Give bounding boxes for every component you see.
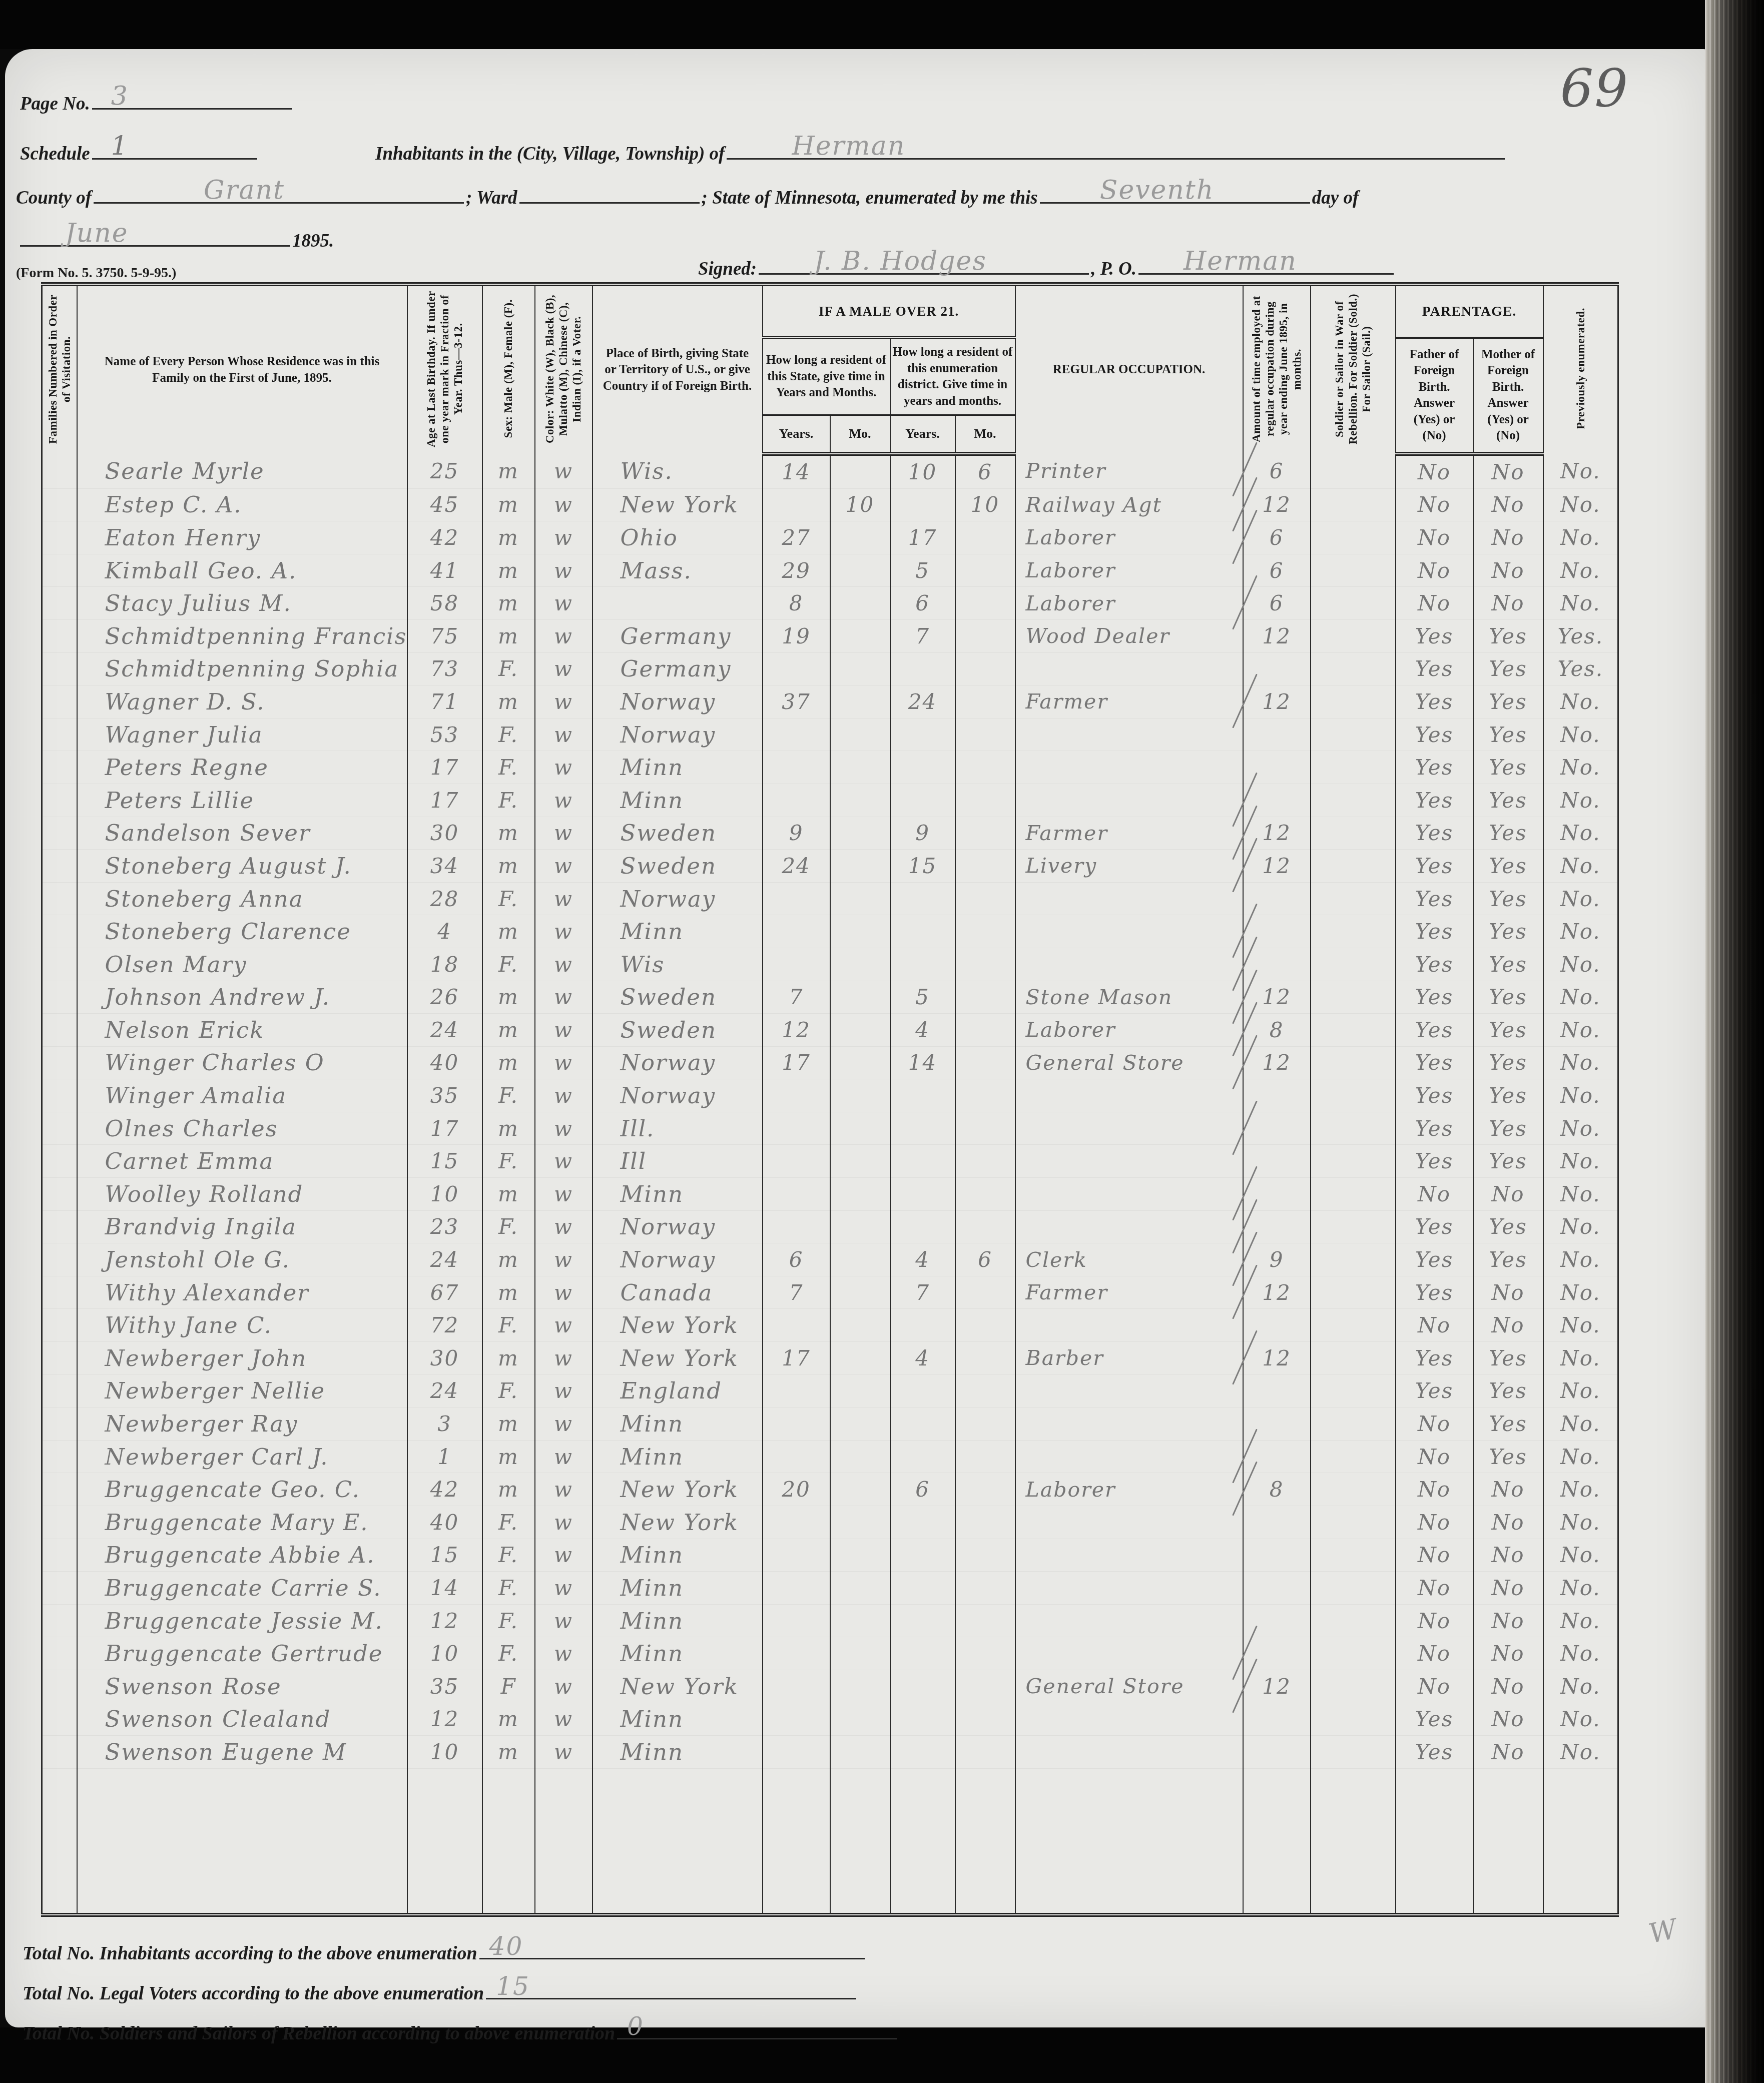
cell-previously: No.: [1543, 1079, 1618, 1112]
cell-previously: No.: [1543, 1014, 1618, 1047]
cell-state-mo: [830, 1736, 890, 1769]
col-father: Father of Foreign Birth. Answer (Yes) or…: [1396, 338, 1473, 454]
cell-name: Schmidtpenning Sophia: [77, 652, 407, 685]
cell-birthplace: Norway: [593, 882, 763, 915]
cell-father-foreign: Yes: [1396, 1210, 1473, 1243]
cell-district-years: [890, 1703, 955, 1736]
cell-months-employed: 6: [1243, 587, 1311, 620]
cell-state-mo: [830, 1604, 890, 1637]
cell-color: w: [535, 751, 593, 784]
cell-occupation: [1015, 915, 1243, 948]
cell-father-foreign-empty: [1396, 1768, 1473, 1915]
cell-mother-foreign: No: [1473, 1670, 1543, 1703]
cell-previously: Yes.: [1543, 652, 1618, 685]
cell-sex: F.: [482, 652, 535, 685]
cell-state-mo: [830, 1473, 890, 1506]
cell-state-mo: [830, 1014, 890, 1047]
cell-district-mo: [955, 1046, 1015, 1079]
cell-district-mo: [955, 652, 1015, 685]
cell-occupation: Farmer: [1015, 685, 1243, 719]
cell-age: 10: [407, 1637, 482, 1670]
cell-district-mo: 6: [955, 454, 1015, 488]
cell-name: Bruggencate Gertrude: [77, 1637, 407, 1670]
cell-occupation: Laborer: [1015, 554, 1243, 587]
cell-occupation: Livery: [1015, 850, 1243, 883]
cell-state-mo: [830, 948, 890, 981]
cell-state-years: [763, 1572, 830, 1605]
col-district-years: Years.: [890, 415, 955, 454]
cell-state-years: [763, 488, 830, 521]
cell-soldier: [1311, 1079, 1396, 1112]
cell-age: 75: [407, 619, 482, 652]
cell-color: w: [535, 882, 593, 915]
table-row: Winger Charles O40mwNorway1714General St…: [42, 1046, 1618, 1079]
cell-occupation: [1015, 1210, 1243, 1243]
cell-father-foreign: Yes: [1396, 718, 1473, 751]
cell-soldier: [1311, 1440, 1396, 1473]
cell-occupation: [1015, 1178, 1243, 1211]
cell-mother-foreign: Yes: [1473, 652, 1543, 685]
cell-color: w: [535, 1374, 593, 1408]
cell-mother-foreign: Yes: [1473, 882, 1543, 915]
cell-district-years: [890, 882, 955, 915]
cell-occupation: [1015, 1079, 1243, 1112]
cell-age: 17: [407, 751, 482, 784]
cell-father-foreign: Yes: [1396, 751, 1473, 784]
table-row: Stoneberg Clarence4mwMinnYesYesNo.: [42, 915, 1618, 948]
cell-name: Peters Lillie: [77, 784, 407, 817]
cell-mother-foreign: No: [1473, 587, 1543, 620]
cell-state-mo: [830, 882, 890, 915]
cell-sex: m: [482, 619, 535, 652]
cell-mother-foreign: No: [1473, 488, 1543, 521]
table-row: Wagner Julia53F.wNorwayYesYesNo.: [42, 718, 1618, 751]
cell-color: w: [535, 1342, 593, 1375]
cell-color: w: [535, 1243, 593, 1276]
ward-field: [519, 182, 700, 204]
cell-months-employed: 12: [1243, 850, 1311, 883]
table-row: Carnet Emma15F.wIllYesYesNo.: [42, 1145, 1618, 1178]
schedule-label: Schedule: [20, 144, 90, 164]
cell-name: Swenson Clealand: [77, 1703, 407, 1736]
cell-father-foreign: Yes: [1396, 948, 1473, 981]
cell-previously: No.: [1543, 1374, 1618, 1408]
cell-name: Olsen Mary: [77, 948, 407, 981]
total-inhabitants-line: Total No. Inhabitants according to the a…: [23, 1938, 865, 1964]
cell-occupation: Laborer: [1015, 1473, 1243, 1506]
cell-previously: No.: [1543, 1539, 1618, 1572]
cell-father-foreign: Yes: [1396, 784, 1473, 817]
cell-soldier: [1311, 1342, 1396, 1375]
cell-father-foreign: No: [1396, 1670, 1473, 1703]
cell-age: 42: [407, 1473, 482, 1506]
cell-families: [42, 1572, 77, 1605]
cell-district-years: [890, 1210, 955, 1243]
cell-birthplace: Mass.: [593, 554, 763, 587]
inhabitants-label: Inhabitants in the (City, Village, Towns…: [375, 144, 725, 164]
cell-color: w: [535, 1670, 593, 1703]
cell-families: [42, 981, 77, 1014]
cell-birthplace: Minn: [593, 1539, 763, 1572]
cell-previously: No.: [1543, 1112, 1618, 1145]
cell-state-years: [763, 915, 830, 948]
cell-mother-foreign: No: [1473, 1309, 1543, 1342]
cell-birthplace: Minn: [593, 1440, 763, 1473]
cell-district-mo: [955, 1539, 1015, 1572]
col-soldier: Soldier or Sailor in War of Rebellion. F…: [1311, 284, 1396, 454]
cell-district-mo: [955, 1572, 1015, 1605]
cell-state-mo: [830, 1703, 890, 1736]
cell-father-foreign: Yes: [1396, 1276, 1473, 1309]
cell-birthplace: Ohio: [593, 521, 763, 554]
cell-father-foreign: Yes: [1396, 1014, 1473, 1047]
cell-birthplace: Germany: [593, 652, 763, 685]
cell-previously: No.: [1543, 587, 1618, 620]
cell-birthplace: [593, 587, 763, 620]
cell-months-employed: [1243, 1539, 1311, 1572]
cell-birthplace: Sweden: [593, 1014, 763, 1047]
cell-soldier: [1311, 587, 1396, 620]
col-age: Age at Last Birthday. If under one year …: [407, 284, 482, 454]
cell-soldier: [1311, 915, 1396, 948]
cell-families: [42, 1637, 77, 1670]
cell-months-employed: [1243, 1703, 1311, 1736]
cell-color: w: [535, 718, 593, 751]
cell-birthplace: Sweden: [593, 850, 763, 883]
cell-occupation: Farmer: [1015, 1276, 1243, 1309]
cell-occupation: Stone Mason: [1015, 981, 1243, 1014]
cell-birthplace: New York: [593, 1473, 763, 1506]
cell-mother-foreign: Yes: [1473, 1112, 1543, 1145]
cell-birthplace: Minn: [593, 751, 763, 784]
cell-birthplace: New York: [593, 1506, 763, 1539]
cell-district-mo: [955, 1473, 1015, 1506]
cell-previously: No.: [1543, 454, 1618, 488]
col-employed: Amount of time employed at regular occup…: [1243, 284, 1311, 454]
cell-birthplace: New York: [593, 1309, 763, 1342]
cell-father-foreign: Yes: [1396, 850, 1473, 883]
cell-months-employed: 12: [1243, 1670, 1311, 1703]
cell-district-mo: [955, 751, 1015, 784]
cell-state-years: [763, 1178, 830, 1211]
cell-father-foreign: No: [1396, 1309, 1473, 1342]
cell-name: Bruggencate Geo. C.: [77, 1473, 407, 1506]
cell-families: [42, 685, 77, 719]
cell-state-years: [763, 1736, 830, 1769]
cell-families: [42, 1670, 77, 1703]
cell-families: [42, 454, 77, 488]
cell-color: w: [535, 1703, 593, 1736]
cell-sex: m: [482, 1046, 535, 1079]
cell-state-mo: [830, 1112, 890, 1145]
cell-color: w: [535, 1178, 593, 1211]
cell-name: Searle Myrle: [77, 454, 407, 488]
cell-state-years: [763, 1112, 830, 1145]
cell-district-mo: [955, 1145, 1015, 1178]
cell-mother-foreign: Yes: [1473, 850, 1543, 883]
cell-occupation: [1015, 652, 1243, 685]
cell-sex: m: [482, 685, 535, 719]
inhabitants-value: Herman: [792, 131, 905, 161]
cell-name: Newberger Ray: [77, 1408, 407, 1441]
cell-occupation: [1015, 1374, 1243, 1408]
cell-occupation: [1015, 1539, 1243, 1572]
cell-district-years: 5: [890, 554, 955, 587]
total-inhabitants-field: 40: [479, 1938, 865, 1959]
cell-state-mo: [830, 1309, 890, 1342]
cell-state-years: 6: [763, 1243, 830, 1276]
cell-state-mo: [830, 1145, 890, 1178]
cell-birthplace: Minn: [593, 1408, 763, 1441]
cell-occupation: Printer: [1015, 454, 1243, 488]
cell-district-years: 5: [890, 981, 955, 1014]
cell-state-years: 14: [763, 454, 830, 488]
cell-district-years: [890, 915, 955, 948]
cell-name: Woolley Rolland: [77, 1178, 407, 1211]
cell-soldier: [1311, 1637, 1396, 1670]
cell-state-mo: [830, 1046, 890, 1079]
cell-state-years: [763, 1309, 830, 1342]
cell-district-mo: [955, 685, 1015, 719]
cell-name: Withy Jane C.: [77, 1309, 407, 1342]
cell-name-empty: [77, 1768, 407, 1915]
cell-district-years: [890, 1374, 955, 1408]
cell-father-foreign: Yes: [1396, 1046, 1473, 1079]
cell-age: 24: [407, 1374, 482, 1408]
cell-father-foreign: Yes: [1396, 1243, 1473, 1276]
cell-families: [42, 1243, 77, 1276]
table-row: Swenson Eugene M10mwMinnYesNoNo.: [42, 1736, 1618, 1769]
cell-sex: m: [482, 915, 535, 948]
cell-age: 67: [407, 1276, 482, 1309]
cell-families: [42, 652, 77, 685]
ward-label: ; Ward: [466, 188, 517, 208]
cell-mother-foreign: Yes: [1473, 619, 1543, 652]
cell-age: 35: [407, 1079, 482, 1112]
cell-sex: F.: [482, 1539, 535, 1572]
cell-state-mo: [830, 1276, 890, 1309]
cell-state-years: 37: [763, 685, 830, 719]
table-row: Schmidtpenning Francis75mwGermany197Wood…: [42, 619, 1618, 652]
cell-color: w: [535, 685, 593, 719]
cell-name: Stoneberg August J.: [77, 850, 407, 883]
cell-families: [42, 1604, 77, 1637]
cell-families: [42, 1703, 77, 1736]
book-spine-edge: [1705, 0, 1764, 2083]
cell-name: Swenson Eugene M: [77, 1736, 407, 1769]
col-group-parentage: PARENTAGE.: [1396, 284, 1543, 338]
cell-state-mo: [830, 784, 890, 817]
cell-district-years: [890, 652, 955, 685]
cell-birthplace: Minn: [593, 1572, 763, 1605]
cell-families-empty: [42, 1768, 77, 1915]
cell-soldier: [1311, 751, 1396, 784]
cell-soldier: [1311, 521, 1396, 554]
cell-mother-foreign: No: [1473, 1276, 1543, 1309]
cell-color: w: [535, 1079, 593, 1112]
cell-birthplace: Norway: [593, 1210, 763, 1243]
cell-sex: m: [482, 1276, 535, 1309]
cell-families: [42, 784, 77, 817]
cell-mother-foreign: Yes: [1473, 1079, 1543, 1112]
cell-families: [42, 1079, 77, 1112]
cell-color: w: [535, 1473, 593, 1506]
cell-color: w: [535, 817, 593, 850]
cell-soldier: [1311, 1374, 1396, 1408]
cell-mother-foreign: No: [1473, 1572, 1543, 1605]
cell-mother-foreign: No: [1473, 1178, 1543, 1211]
cell-families: [42, 817, 77, 850]
signed-label: Signed:: [698, 259, 757, 279]
cell-soldier: [1311, 1276, 1396, 1309]
cell-color: w: [535, 850, 593, 883]
month-year-line: June 1895.: [20, 225, 334, 252]
cell-families: [42, 1210, 77, 1243]
cell-families: [42, 1276, 77, 1309]
cell-occupation: General Store: [1015, 1046, 1243, 1079]
cell-father-foreign: No: [1396, 488, 1473, 521]
cell-age: 53: [407, 718, 482, 751]
total-soldiers-field: 0: [617, 2018, 897, 2039]
cell-district-years: 17: [890, 521, 955, 554]
cell-state-mo: [830, 817, 890, 850]
cell-name: Nelson Erick: [77, 1014, 407, 1047]
cell-district-mo: [955, 1210, 1015, 1243]
cell-families: [42, 882, 77, 915]
cell-state-mo: [830, 1079, 890, 1112]
cell-occupation: [1015, 1637, 1243, 1670]
cell-occupation: Clerk: [1015, 1243, 1243, 1276]
cell-previously-empty: [1543, 1768, 1618, 1915]
cell-sex: m: [482, 817, 535, 850]
table-row: Newberger John30mwNew York174Barber12Yes…: [42, 1342, 1618, 1375]
po-label: , P. O.: [1091, 259, 1136, 279]
cell-name: Winger Amalia: [77, 1079, 407, 1112]
cell-father-foreign: Yes: [1396, 882, 1473, 915]
cell-mother-foreign: Yes: [1473, 915, 1543, 948]
cell-birthplace: New York: [593, 1342, 763, 1375]
cell-state-years: [763, 1079, 830, 1112]
table-row: Withy Alexander67mwCanada77Farmer12YesNo…: [42, 1276, 1618, 1309]
cell-district-years: [890, 1112, 955, 1145]
cell-mother-foreign: Yes: [1473, 718, 1543, 751]
cell-color: w: [535, 1046, 593, 1079]
cell-age: 25: [407, 454, 482, 488]
cell-mother-foreign: Yes: [1473, 784, 1543, 817]
cell-families: [42, 1309, 77, 1342]
cell-age: 3: [407, 1408, 482, 1441]
cell-color: w: [535, 1539, 593, 1572]
cell-soldier: [1311, 1703, 1396, 1736]
month-value: June: [65, 218, 129, 248]
cell-months-employed: 6: [1243, 521, 1311, 554]
cell-color: w: [535, 587, 593, 620]
cell-birthplace: New York: [593, 1670, 763, 1703]
cell-father-foreign: No: [1396, 1506, 1473, 1539]
cell-mother-foreign: No: [1473, 521, 1543, 554]
cell-sex: F.: [482, 784, 535, 817]
cell-name: Jenstohl Ole G.: [77, 1243, 407, 1276]
cell-sex: F.: [482, 751, 535, 784]
cell-birthplace: Norway: [593, 685, 763, 719]
cell-district-years: [890, 1145, 955, 1178]
table-row: Bruggencate Jessie M.12F.wMinnNoNoNo.: [42, 1604, 1618, 1637]
cell-birthplace: Norway: [593, 1243, 763, 1276]
cell-state-years: 19: [763, 619, 830, 652]
cell-age: 30: [407, 817, 482, 850]
cell-state-mo: [830, 751, 890, 784]
cell-state-mo: [830, 981, 890, 1014]
total-voters-field: 15: [486, 1978, 856, 1999]
empty-filler-row: [42, 1768, 1618, 1915]
cell-occupation: Laborer: [1015, 521, 1243, 554]
cell-mother-foreign: Yes: [1473, 948, 1543, 981]
table-row: Johnson Andrew J.26mwSweden75Stone Mason…: [42, 981, 1618, 1014]
cell-birthplace: Norway: [593, 1046, 763, 1079]
cell-previously: No.: [1543, 1440, 1618, 1473]
col-resident-district: How long a resident of this enumeration …: [890, 338, 1015, 415]
col-color: Color: White (W), Black (B), Mulatto (M)…: [535, 284, 593, 454]
cell-birthplace: Norway: [593, 718, 763, 751]
cell-mother-foreign: Yes: [1473, 1243, 1543, 1276]
cell-occupation: [1015, 882, 1243, 915]
enum-day-value: Seventh: [1100, 175, 1214, 205]
cell-district-years: [890, 1637, 955, 1670]
cell-name: Newberger Carl J.: [77, 1440, 407, 1473]
cell-soldier: [1311, 1112, 1396, 1145]
cell-name: Stoneberg Clarence: [77, 915, 407, 948]
cell-district-years: [890, 948, 955, 981]
cell-name: Carnet Emma: [77, 1145, 407, 1178]
cell-age: 4: [407, 915, 482, 948]
cell-age: 45: [407, 488, 482, 521]
cell-sex: m: [482, 981, 535, 1014]
cell-occupation: [1015, 1604, 1243, 1637]
cell-age: 12: [407, 1604, 482, 1637]
cell-district-years: 4: [890, 1014, 955, 1047]
cell-age: 10: [407, 1178, 482, 1211]
cell-district-years: [890, 1506, 955, 1539]
cell-previously: No.: [1543, 751, 1618, 784]
cell-state-years: [763, 1703, 830, 1736]
col-state-mo: Mo.: [830, 415, 890, 454]
scan-top-band: [0, 0, 1764, 49]
cell-previously: No.: [1543, 488, 1618, 521]
cell-father-foreign: Yes: [1396, 1374, 1473, 1408]
cell-district-mo: [955, 521, 1015, 554]
cell-birthplace: Germany: [593, 619, 763, 652]
cell-color: w: [535, 488, 593, 521]
cell-families: [42, 1539, 77, 1572]
cell-families: [42, 1408, 77, 1441]
cell-color: w: [535, 1572, 593, 1605]
cell-father-foreign: No: [1396, 587, 1473, 620]
cell-occupation: Barber: [1015, 1342, 1243, 1375]
cell-age: 28: [407, 882, 482, 915]
cell-father-foreign: No: [1396, 1178, 1473, 1211]
census-table-header: Families Numbered in Order of Visitation…: [42, 284, 1618, 454]
cell-families: [42, 1506, 77, 1539]
cell-district-mo: [955, 619, 1015, 652]
cell-occupation: [1015, 1440, 1243, 1473]
cell-mother-foreign: No: [1473, 1604, 1543, 1637]
cell-age: 71: [407, 685, 482, 719]
cell-color: w: [535, 1736, 593, 1769]
cell-soldier: [1311, 1539, 1396, 1572]
cell-color: w: [535, 1604, 593, 1637]
cell-district-mo: [955, 948, 1015, 981]
table-row: Bruggencate Gertrude10F.wMinnNoNoNo.: [42, 1637, 1618, 1670]
